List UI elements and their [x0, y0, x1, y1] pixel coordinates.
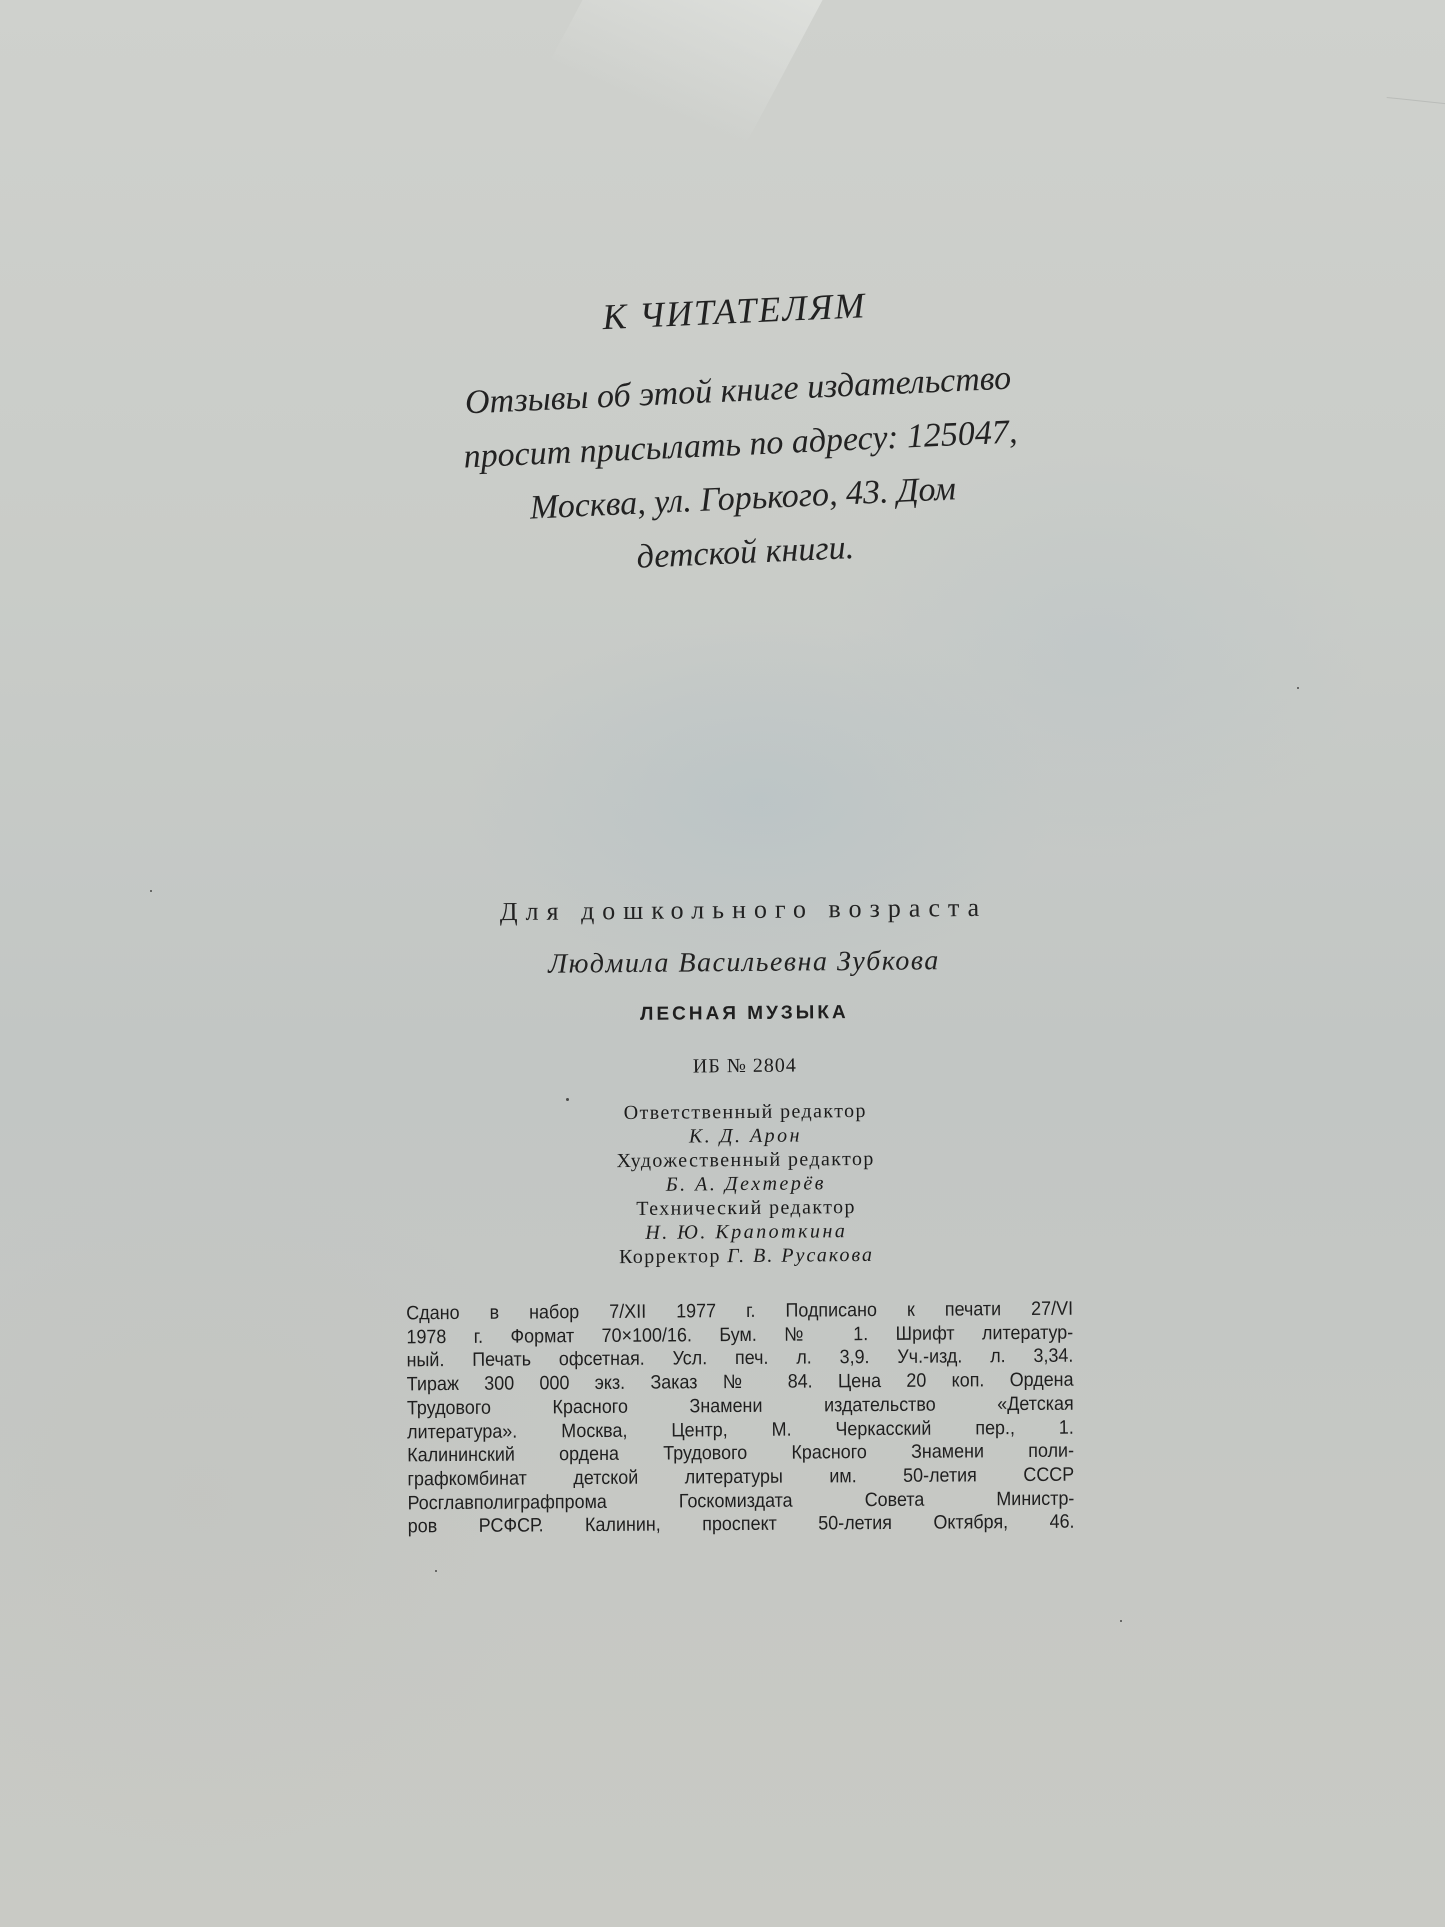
age-group: Для дошкольного возраста: [398, 892, 1088, 928]
book-title: ЛЕСНАЯ МУЗЫКА: [399, 1000, 1089, 1028]
notice-body: Отзывы об этой книге издательство просит…: [407, 349, 1076, 595]
imprint-line: ров РСФСР. Калинин, проспект 50-летия Ок…: [408, 1511, 1075, 1539]
author-name: Людмила Васильевна Зубкова: [399, 944, 1089, 982]
credits: Ответственный редактор К. Д. Арон Художе…: [400, 1097, 1091, 1271]
paper-crease: [497, 0, 822, 160]
paper-speck: [1120, 1620, 1122, 1622]
ib-number: ИБ № 2804: [400, 1052, 1090, 1081]
notice-title: К ЧИТАТЕЛЯМ: [404, 275, 1065, 347]
corrector-role: Корректор: [619, 1245, 721, 1268]
reader-notice: К ЧИТАТЕЛЯМ Отзывы об этой книге издател…: [404, 275, 1076, 595]
paper-speck: [566, 1098, 569, 1101]
book-page: К ЧИТАТЕЛЯМ Отзывы об этой книге издател…: [0, 0, 1445, 1927]
paper-crease-right: [1384, 97, 1445, 134]
paper-speck: [150, 890, 152, 892]
paper-speck: [435, 1570, 437, 1572]
colophon: Для дошкольного возраста Людмила Василье…: [398, 892, 1091, 1271]
imprint-block: Сдано в набор 7/XII 1977 г. Подписано к …: [406, 1298, 1076, 1540]
corrector-line: Корректор Г. В. Русакова: [401, 1241, 1091, 1271]
paper-speck: [1297, 687, 1299, 689]
corrector-name: Г. В. Русакова: [727, 1244, 874, 1267]
